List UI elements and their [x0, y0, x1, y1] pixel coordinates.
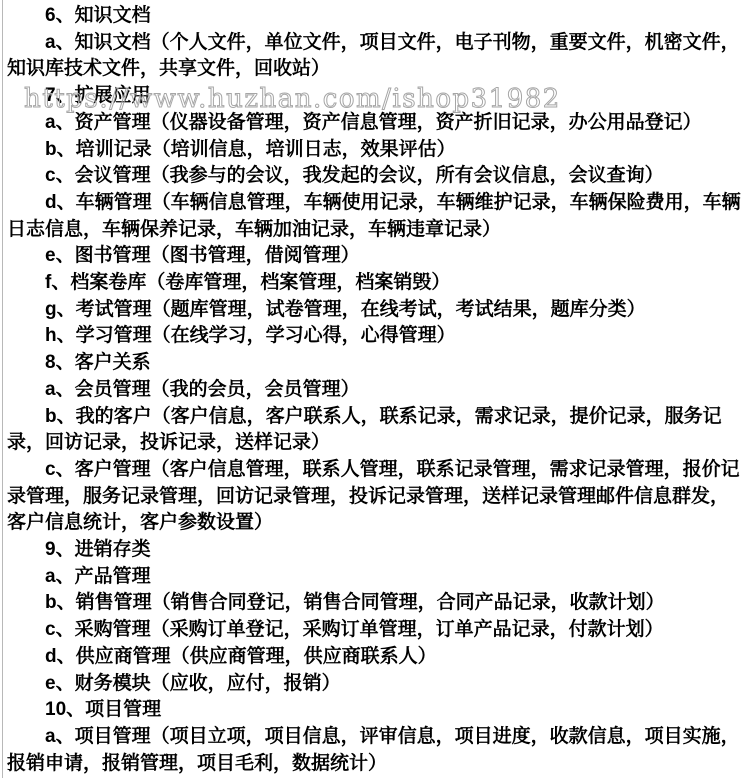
paragraph: a、项目管理（项目立项，项目信息，评审信息，项目进度，收款信息，项目实施，报销申…: [7, 724, 745, 777]
document-page: 6、知识文档 a、知识文档（个人文件，单位文件，项目文件，电子刊物，重要文件，机…: [0, 0, 750, 778]
paragraph: a、知识文档（个人文件，单位文件，项目文件，电子刊物，重要文件，机密文件，知识库…: [7, 30, 745, 83]
paragraph: 10、项目管理: [7, 697, 745, 724]
paragraph: c、采购管理（采购订单登记，采购订单管理，订单产品记录，付款计划）: [7, 617, 745, 644]
paragraph: a、产品管理: [7, 564, 745, 591]
left-margin-rule: [2, 0, 3, 778]
paragraph: g、考试管理（题库管理，试卷管理，在线考试，考试结果，题库分类）: [7, 297, 745, 324]
paragraph: d、车辆管理（车辆信息管理，车辆使用记录，车辆维护记录，车辆保险费用，车辆日志信…: [7, 190, 745, 243]
paragraph: a、会员管理（我的会员，会员管理）: [7, 377, 745, 404]
paragraph: f、档案卷库（卷库管理，档案管理，档案销毁）: [7, 270, 745, 297]
paragraph: c、会议管理（我参与的会议，我发起的会议，所有会议信息，会议查询）: [7, 163, 745, 190]
paragraph: 8、客户关系: [7, 350, 745, 377]
paragraph: c、客户管理（客户信息管理，联系人管理，联系记录管理，需求记录管理，报价记录管理…: [7, 457, 745, 537]
paragraph: h、学习管理（在线学习，学习心得，心得管理）: [7, 323, 745, 350]
paragraph: 9、进销存类: [7, 537, 745, 564]
paragraph: d、供应商管理（供应商管理，供应商联系人）: [7, 644, 745, 671]
paragraph: a、资产管理（仪器设备管理，资产信息管理，资产折旧记录，办公用品登记）: [7, 110, 745, 137]
paragraph: b、销售管理（销售合同登记，销售合同管理，合同产品记录，收款计划）: [7, 590, 745, 617]
paragraph: 7、扩展应用: [7, 83, 745, 110]
paragraph: b、培训记录（培训信息，培训日志，效果评估）: [7, 137, 745, 164]
paragraph: e、图书管理（图书管理，借阅管理）: [7, 243, 745, 270]
paragraph: b、我的客户（客户信息，客户联系人，联系记录，需求记录，提价记录，服务记录，回访…: [7, 404, 745, 457]
paragraph: 6、知识文档: [7, 3, 745, 30]
document-body: 6、知识文档 a、知识文档（个人文件，单位文件，项目文件，电子刊物，重要文件，机…: [7, 3, 745, 777]
paragraph: e、财务模块（应收，应付，报销）: [7, 671, 745, 698]
